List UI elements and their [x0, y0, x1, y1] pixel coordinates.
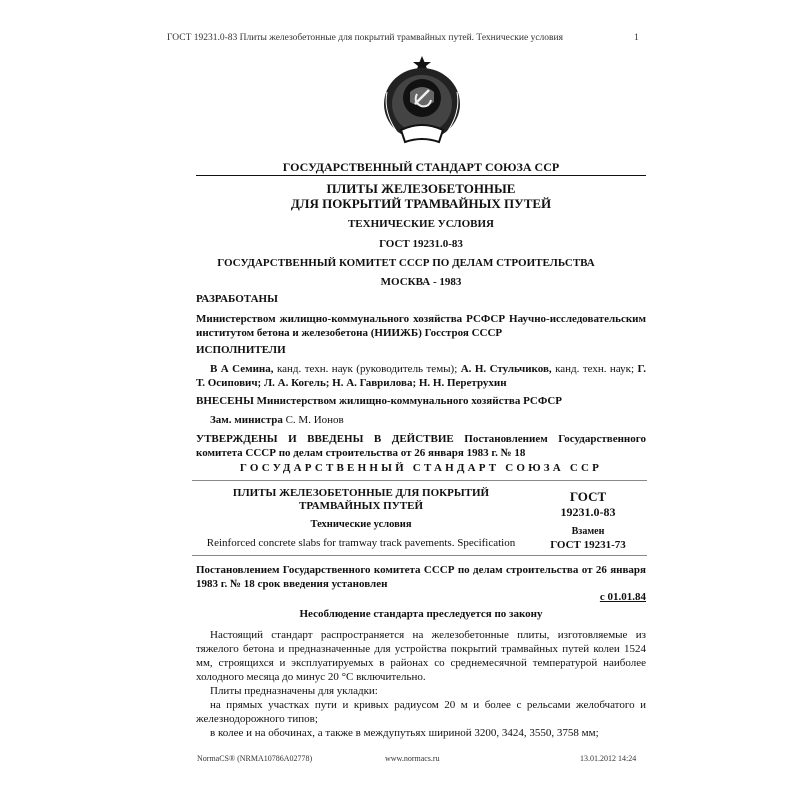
introduced-text: Министерством жилищно-коммунального хозя…	[254, 395, 562, 407]
replaces-code: ГОСТ 19231-73	[530, 539, 646, 551]
page-number: 1	[634, 33, 639, 43]
table-bottom-rule	[192, 555, 647, 556]
executor-name: В А Семина,	[210, 363, 274, 375]
developed-text: Министерством жилищно-коммунального хозя…	[196, 312, 646, 340]
executor-role: канд. техн. наук;	[552, 363, 638, 375]
developed-heading: РАЗРАБОТАНЫ	[196, 292, 646, 306]
approved-block: УТВЕРЖДЕНЫ И ВВЕДЕНЫ В ДЕЙСТВИЕ Постанов…	[196, 432, 646, 460]
document-subtitle: ТЕХНИЧЕСКИЕ УСЛОВИЯ	[196, 218, 646, 230]
city-year: МОСКВА - 1983	[196, 276, 646, 288]
state-standard-heading: ГОСУДАРСТВЕННЫЙ СТАНДАРТ СОЮЗА ССР	[196, 160, 646, 175]
effective-date: с 01.01.84	[600, 591, 646, 603]
effective-date-row: с 01.01.84	[196, 590, 646, 604]
body-paragraph: Настоящий стандарт распространяется на ж…	[196, 628, 646, 684]
introduced-line: ВНЕСЕНЫ Министерством жилищно-коммунальн…	[196, 394, 646, 408]
state-standard-spaced: ГОСУДАРСТВЕННЫЙ СТАНДАРТ СОЮЗА ССР	[196, 462, 646, 474]
standard-subtitle: Технические условия	[196, 519, 526, 530]
deputy-line: Зам. министра С. М. Ионов	[196, 413, 646, 427]
introduced-heading: ВНЕСЕНЫ	[196, 395, 254, 407]
table-top-rule	[192, 480, 647, 481]
document-title-line1: ПЛИТЫ ЖЕЛЕЗОБЕТОННЫЕ	[196, 181, 646, 196]
gost-label: ГОСТ	[530, 489, 646, 505]
replaces-label: Взамен	[530, 526, 646, 537]
running-header-title: ГОСТ 19231.0-83 Плиты железобетонные для…	[167, 33, 563, 43]
committee-name: ГОСУДАРСТВЕННЫЙ КОМИТЕТ СССР ПО ДЕЛАМ СТ…	[166, 257, 646, 269]
executor-name: А. Н. Стульчиков,	[461, 363, 552, 375]
deputy-label: Зам. министра	[210, 414, 283, 426]
body-paragraph: в колее и на обочинах, а также в междупу…	[196, 726, 646, 740]
deputy-name: С. М. Ионов	[283, 414, 344, 426]
standard-title-line1: ПЛИТЫ ЖЕЛЕЗОБЕТОННЫЕ ДЛЯ ПОКРЫТИЙ	[196, 487, 526, 500]
executor-role: канд. техн. наук (руководитель темы);	[274, 363, 461, 375]
executors-list: В А Семина, канд. техн. наук (руководите…	[196, 362, 646, 390]
footer-timestamp: 13.01.2012 14:24	[580, 754, 636, 763]
document-title: ПЛИТЫ ЖЕЛЕЗОБЕТОННЫЕ ДЛЯ ПОКРЫТИЙ ТРАМВА…	[196, 181, 646, 211]
standard-title: ПЛИТЫ ЖЕЛЕЗОБЕТОННЫЕ ДЛЯ ПОКРЫТИЙ ТРАМВА…	[196, 487, 526, 513]
compliance-warning: Несоблюдение стандарта преследуется по з…	[196, 608, 646, 620]
footer-website[interactable]: www.normacs.ru	[385, 754, 440, 763]
executors-heading: ИСПОЛНИТЕЛИ	[196, 343, 646, 357]
document-title-line2: ДЛЯ ПОКРЫТИЙ ТРАМВАЙНЫХ ПУТЕЙ	[196, 196, 646, 211]
gost-code: 19231.0-83	[530, 505, 646, 520]
body-paragraph: Плиты предназначены для укладки:	[196, 684, 646, 698]
approved-heading: УТВЕРЖДЕНЫ И ВВЕДЕНЫ В ДЕЙСТВИЕ	[196, 433, 454, 445]
english-title: Reinforced concrete slabs for tramway tr…	[196, 537, 526, 549]
document-code: ГОСТ 19231.0-83	[196, 238, 646, 250]
body-paragraph: на прямых участках пути и кривых радиусо…	[196, 698, 646, 726]
effective-text: Постановлением Государственного комитета…	[196, 563, 646, 591]
standard-title-line2: ТРАМВАЙНЫХ ПУТЕЙ	[196, 500, 526, 513]
footer-product: NormaCS® (NRMA10786A02778)	[197, 754, 312, 763]
header-rule	[196, 175, 646, 176]
ussr-state-emblem-icon	[377, 52, 467, 152]
